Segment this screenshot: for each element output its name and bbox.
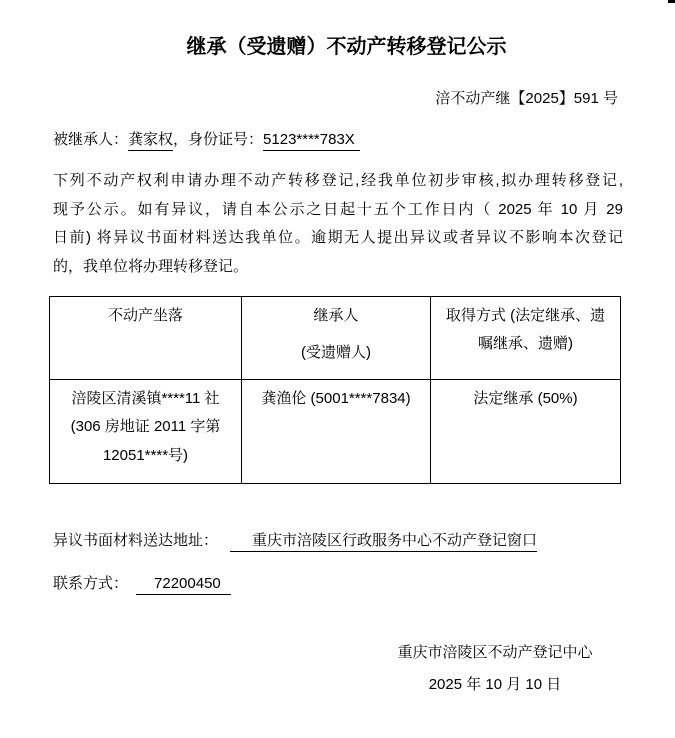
header-heir-line2: (受遗赠人) (246, 339, 426, 368)
header-cell-location: 不动产坐落 (50, 296, 242, 379)
location-line2: (306 房地证 2011 字第 (54, 413, 237, 442)
address-label: 异议书面材料送达地址： (53, 532, 218, 549)
notice-line: 现予公示。如有异议，请自本公示之日起十五个工作日内（ 2025 年 10 月 2… (53, 196, 623, 225)
header-heir-line1: 继承人 (246, 302, 426, 331)
cell-location: 涪陵区清溪镇****11 社 (306 房地证 2011 字第 12051***… (50, 379, 242, 483)
table-row: 涪陵区清溪镇****11 社 (306 房地证 2011 字第 12051***… (50, 379, 621, 483)
header-cell-method: 取得方式 (法定继承、遗 嘱继承、遗赠) (431, 296, 621, 379)
location-line3: 12051****号) (54, 442, 237, 471)
cell-heir: 龚渔伦 (5001****7834) (242, 379, 431, 483)
contact-line: 联系方式：72200450 (53, 573, 675, 594)
notice-document: 继承（受遗赠）不动产转移登记公示 涪不动产继【2025】591 号 被继承人：龚… (0, 0, 675, 738)
notice-line: 下列不动产权利申请办理不动产转移登记,经我单位初步审核,拟办理转移登记, (53, 167, 623, 196)
issue-date: 2025 年 10 月 10 日 (315, 669, 675, 701)
contact-label: 联系方式： (53, 575, 128, 592)
transfer-table: 不动产坐落 继承人 (受遗赠人) 取得方式 (法定继承、遗 嘱继承、遗赠) 涪陵… (49, 296, 621, 484)
document-number: 涪不动产继【2025】591 号 (0, 88, 675, 109)
header-cell-heir: 继承人 (受遗赠人) (242, 296, 431, 379)
deceased-name: 龚家权 (128, 131, 173, 151)
notice-line: 日前) 将异议书面材料送达我单位。逾期无人提出异议或者异议不影响本次登记 (53, 224, 623, 253)
table-header-row: 不动产坐落 继承人 (受遗赠人) 取得方式 (法定继承、遗 嘱继承、遗赠) (50, 296, 621, 379)
page-title: 继承（受遗赠）不动产转移登记公示 (0, 0, 675, 59)
deceased-person-line: 被继承人：龚家权，身份证号：5123****783X (53, 129, 627, 150)
notice-paragraph: 下列不动产权利申请办理不动产转移登记,经我单位初步审核,拟办理转移登记, 现予公… (53, 167, 623, 282)
header-method-line2: 嘱继承、遗赠) (435, 330, 616, 359)
org-name: 重庆市涪陵区不动产登记中心 (315, 637, 675, 669)
address-value: 重庆市涪陵区行政服务中心不动产登记窗口 (230, 532, 537, 552)
header-method-line1: 取得方式 (法定继承、遗 (435, 302, 616, 331)
cell-method: 法定继承 (50%) (431, 379, 621, 483)
screen-corner-artifact (668, 0, 675, 3)
notice-line: 的，我单位将办理转移登记。 (53, 253, 623, 282)
method-text: 法定继承 (50%) (435, 385, 616, 414)
id-label: ，身份证号： (173, 131, 263, 148)
heir-text: 龚渔伦 (5001****7834) (246, 385, 426, 414)
signature-block: 重庆市涪陵区不动产登记中心 2025 年 10 月 10 日 (315, 637, 675, 701)
id-number: 5123****783X (263, 131, 360, 151)
location-line1: 涪陵区清溪镇****11 社 (54, 385, 237, 414)
objection-address-line: 异议书面材料送达地址：重庆市涪陵区行政服务中心不动产登记窗口 (53, 530, 675, 551)
contact-number: 72200450 (136, 575, 231, 595)
header-location-text: 不动产坐落 (54, 302, 237, 331)
deceased-label: 被继承人： (53, 131, 128, 148)
